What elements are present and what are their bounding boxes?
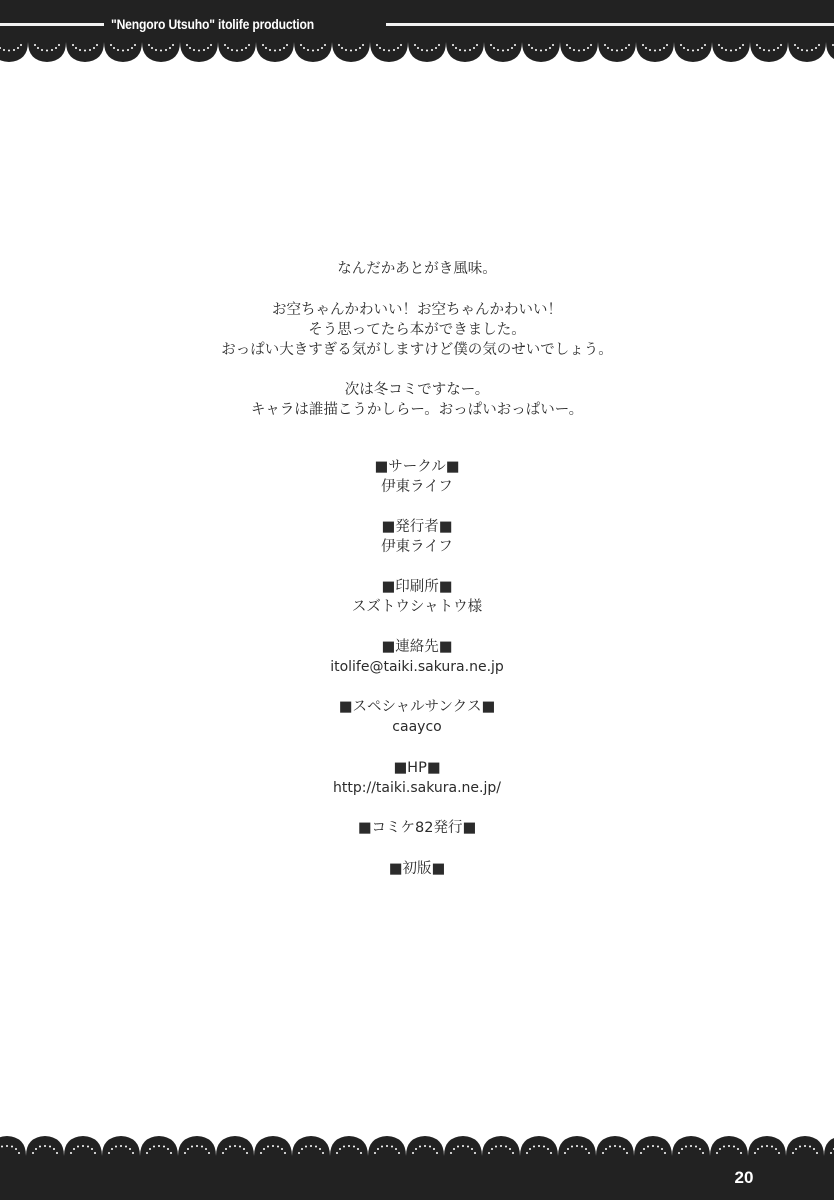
afterword-line: お空ちゃんかわいい！お空ちゃんかわいい！ — [0, 300, 834, 320]
publisher-label: ■発行者■ — [0, 517, 834, 537]
header-rule-left — [0, 23, 104, 26]
special-thanks-value: caayco — [0, 717, 834, 737]
printer-label: ■印刷所■ — [0, 577, 834, 597]
printer-value: スズトウシャトウ様 — [0, 597, 834, 617]
special-thanks-label: ■スペシャルサンクス■ — [0, 697, 834, 717]
edition-label: ■初版■ — [0, 859, 834, 879]
header-band: "Nengoro Utsuho" itolife production — [0, 0, 834, 42]
homepage-url[interactable]: http://taiki.sakura.ne.jp/ — [0, 778, 834, 798]
page-number: 20 — [728, 1168, 760, 1188]
scallop-border-top — [0, 40, 834, 64]
publisher-value: 伊東ライフ — [0, 537, 834, 557]
circle-value: 伊東ライフ — [0, 477, 834, 497]
afterword-line: おっぱい大きすぎる気がしますけど僕の気のせいでしょう。 — [0, 340, 834, 360]
afterword-line: なんだかあとがき風味。 — [0, 259, 834, 279]
event-label: ■コミケ82発行■ — [0, 818, 834, 838]
scallop-border-bottom — [0, 1134, 834, 1160]
header-rule-right — [386, 23, 834, 26]
circle-label: ■サークル■ — [0, 457, 834, 477]
afterword-line: キャラは誰描こうかしらー。おっぱいおっぱいー。 — [0, 400, 834, 420]
contact-label: ■連絡先■ — [0, 637, 834, 657]
afterword-line: 次は冬コミですなー。 — [0, 380, 834, 400]
homepage-label: ■HP■ — [0, 758, 834, 778]
contact-email[interactable]: itolife@taiki.sakura.ne.jp — [0, 657, 834, 677]
afterword-line: そう思ってたら本ができました。 — [0, 320, 834, 340]
header-title: "Nengoro Utsuho" itolife production — [111, 15, 352, 35]
footer-band — [0, 1158, 834, 1200]
